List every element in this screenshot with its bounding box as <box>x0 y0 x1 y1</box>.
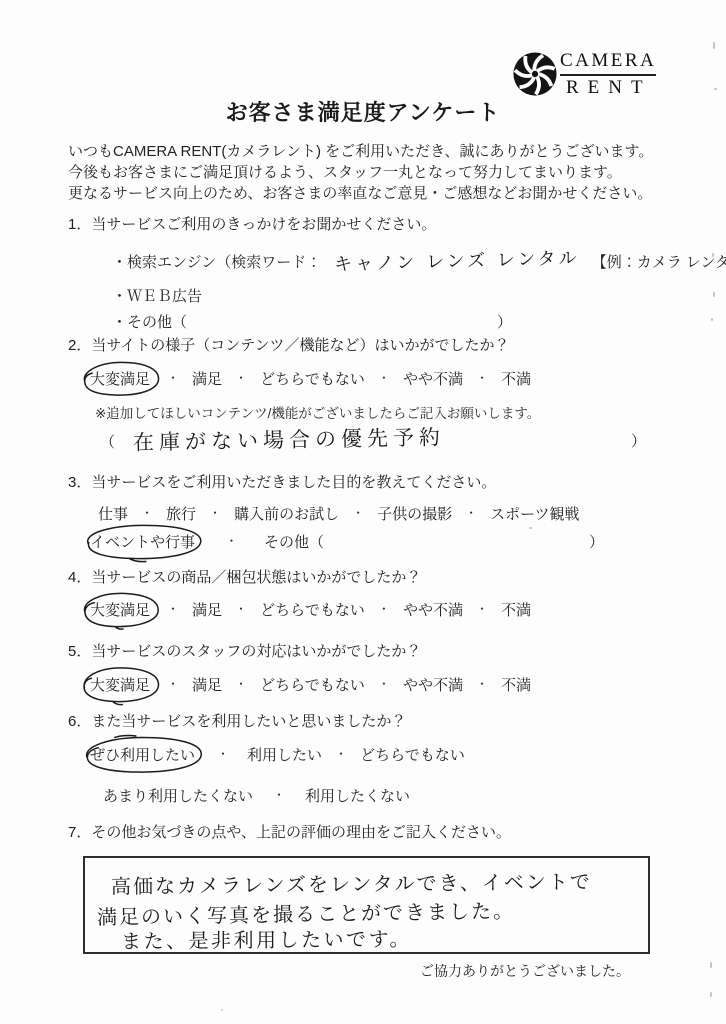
option-separator: ・ <box>235 602 247 616</box>
option-label: ぜひ利用したい <box>90 747 195 764</box>
scan-artifact <box>714 88 717 90</box>
option-separator: ・ <box>225 534 237 548</box>
option-label: 不満 <box>501 602 531 619</box>
q2-note: ※追加してほしいコンテンツ/機能がございましたらご記入お願いします。 <box>95 402 540 422</box>
q4-heading: 4．当サービスの商品／梱包状態はいかがでしたか？ <box>68 566 421 587</box>
scan-artifact <box>529 527 532 529</box>
q7-comment-box: 高価なカメラレンズをレンタルでき、イベントで 満足のいく写真を撮ることができまし… <box>83 856 650 954</box>
closing-thanks-text: ご協力ありがとうございました。 <box>420 961 630 981</box>
scan-artifact <box>712 253 714 257</box>
q1-option-search-engine: ・検索エンジン（検索ワード： キャノン レンズ レンタル 【例：カメラ レンタル… <box>112 247 726 273</box>
q6-options-row1: ぜひ利用したい ・利用したい・どちらでもない <box>86 744 465 765</box>
intro-line: 更なるサービス向上のため、お客さまの率直なご意見・ご感想などお聞かせください。 <box>68 183 653 204</box>
option-separator: ・ <box>235 677 247 691</box>
option-separator: ・ <box>378 677 390 691</box>
q6-heading: 6．また当サービスを利用したいと思いましたか？ <box>68 710 406 731</box>
option-separator: ・ <box>476 677 488 691</box>
option-label: 旅行 <box>166 506 196 523</box>
handwritten-search-keyword: キャノン レンズ レンタル <box>333 244 579 276</box>
option-label: 大変満足 <box>90 371 150 388</box>
option-separator: ・ <box>273 788 285 802</box>
logo-wordmark: CAMERA RENT <box>560 50 656 99</box>
q3-options-row1: 仕事・旅行・購入前のお試し・子供の撮影・スポーツ観戦 <box>98 503 580 524</box>
scan-artifact <box>711 318 713 321</box>
q3-heading: 3．当サービスをご利用いただきました目的を教えてください。 <box>68 471 496 492</box>
q1-option-web-ad: ・ＷＥＢ広告 <box>112 285 202 306</box>
option-separator: ・ <box>378 602 390 616</box>
option-label: 満足 <box>192 602 222 619</box>
q3-other-label: その他（ <box>264 534 324 551</box>
option-separator: ・ <box>476 602 488 616</box>
scan-artifact <box>710 992 712 997</box>
option-separator: ・ <box>235 371 247 385</box>
option-separator: ・ <box>476 371 488 385</box>
option-label: 利用したい <box>247 747 322 764</box>
option-separator: ・ <box>217 747 229 761</box>
logo-text-camera: CAMERA <box>560 50 656 72</box>
q5-options-row: 大変満足 ・満足・どちらでもない・やや不満・不満 <box>86 674 531 695</box>
survey-scan-page: CAMERA RENT お客さま満足度アンケート いつもCAMERA RENT(… <box>0 0 726 1024</box>
option-label: 満足 <box>192 371 222 388</box>
q2-heading: 2．当サイトの様子（コンテンツ／機能など）はいかがでしたか？ <box>68 334 510 355</box>
q7-heading: 7．その他お気づきの点や、上記の評価の理由をご記入ください。 <box>68 821 511 842</box>
q1-other-close-paren: ） <box>497 311 512 332</box>
option-label: どちらでもない <box>260 371 365 388</box>
q2-answer-open-paren: （ <box>100 434 115 451</box>
option-label: 利用したくない <box>305 788 410 805</box>
aperture-shutter-icon <box>512 51 558 97</box>
handwritten-q2-answer: 在庫がない場合の優先予約 <box>133 421 445 456</box>
q2-answer-close-paren: ） <box>631 430 646 451</box>
option-label: 仕事 <box>98 506 128 523</box>
page-title: お客さま満足度アンケート <box>0 96 726 127</box>
intro-line: いつもCAMERA RENT(カメラレント) をご利用いただき、誠にありがとうご… <box>68 141 653 162</box>
q1-option-other: ・その他（ ） <box>112 311 512 332</box>
camera-rent-logo <box>512 51 558 97</box>
q4-options-row: 大変満足 ・満足・どちらでもない・やや不満・不満 <box>86 599 531 620</box>
q3-options-row2: イベントや行事 ・ その他（ ） <box>86 531 604 552</box>
option-separator: ・ <box>167 602 179 616</box>
option-label: どちらでもない <box>360 747 465 764</box>
q5-selected-option: 大変満足 <box>83 672 157 697</box>
option-label: やや不満 <box>403 371 463 388</box>
option-label: 大変満足 <box>90 602 150 619</box>
q6-options-row2: あまり利用したくない・利用したくない <box>103 785 410 806</box>
option-separator: ・ <box>209 506 221 520</box>
option-separator: ・ <box>335 747 347 761</box>
option-label: やや不満 <box>403 677 463 694</box>
q1-other-label: ・その他（ <box>112 314 187 331</box>
q4-selected-option: 大変満足 <box>83 597 157 622</box>
q5-heading: 5．当サービスのスタッフの対応はいかがでしたか？ <box>68 640 421 661</box>
option-label: どちらでもない <box>260 677 365 694</box>
option-label: どちらでもない <box>260 602 365 619</box>
option-label: イベントや行事 <box>90 534 195 551</box>
q1-search-label: ・検索エンジン（検索ワード： <box>112 254 321 271</box>
option-label: 購入前のお試し <box>234 506 339 523</box>
option-label: あまり利用したくない <box>103 788 253 805</box>
q3-other-close-paren: ） <box>589 531 604 552</box>
q2-free-answer: （ 在庫がない場合の優先予約 ） <box>100 424 646 464</box>
option-label: 子供の撮影 <box>377 506 452 523</box>
q1-search-example: 【例：カメラ レンタル】） <box>592 254 726 271</box>
option-label: やや不満 <box>403 602 463 619</box>
scan-artifact <box>713 42 715 49</box>
q6-selected-option: ぜひ利用したい <box>83 742 202 767</box>
option-label: 大変満足 <box>90 677 150 694</box>
intro-line: 今後もお客さまにご満足頂けるよう、スタッフ一丸となって努力してまいります。 <box>68 162 653 183</box>
intro-paragraph: いつもCAMERA RENT(カメラレント) をご利用いただき、誠にありがとうご… <box>68 141 653 204</box>
q2-options-row: 大変満足 ・満足・どちらでもない・やや不満・不満 <box>86 368 531 389</box>
option-separator: ・ <box>141 506 153 520</box>
option-label: スポーツ観戦 <box>490 506 579 523</box>
scan-artifact <box>713 292 715 297</box>
option-separator: ・ <box>167 677 179 691</box>
q2-selected-option: 大変満足 <box>83 366 157 391</box>
scan-artifact <box>710 962 712 968</box>
option-separator: ・ <box>352 506 364 520</box>
option-separator: ・ <box>378 371 390 385</box>
logo-divider <box>560 74 656 76</box>
option-separator: ・ <box>465 506 477 520</box>
option-separator: ・ <box>167 371 179 385</box>
handwritten-comment-line: また、是非利用したいです。 <box>121 923 412 955</box>
option-label: 不満 <box>501 677 531 694</box>
scan-artifact <box>221 1009 223 1011</box>
q1-web-label: ・ＷＥＢ広告 <box>112 288 202 305</box>
option-label: 満足 <box>192 677 222 694</box>
option-label: 不満 <box>501 371 531 388</box>
q1-heading: 1．当サービスご利用のきっかけをお聞かせください。 <box>68 213 436 234</box>
handwritten-comment-line: 高価なカメラレンズをレンタルでき、イベントで <box>111 865 592 899</box>
q3-selected-option: イベントや行事 <box>83 529 202 554</box>
